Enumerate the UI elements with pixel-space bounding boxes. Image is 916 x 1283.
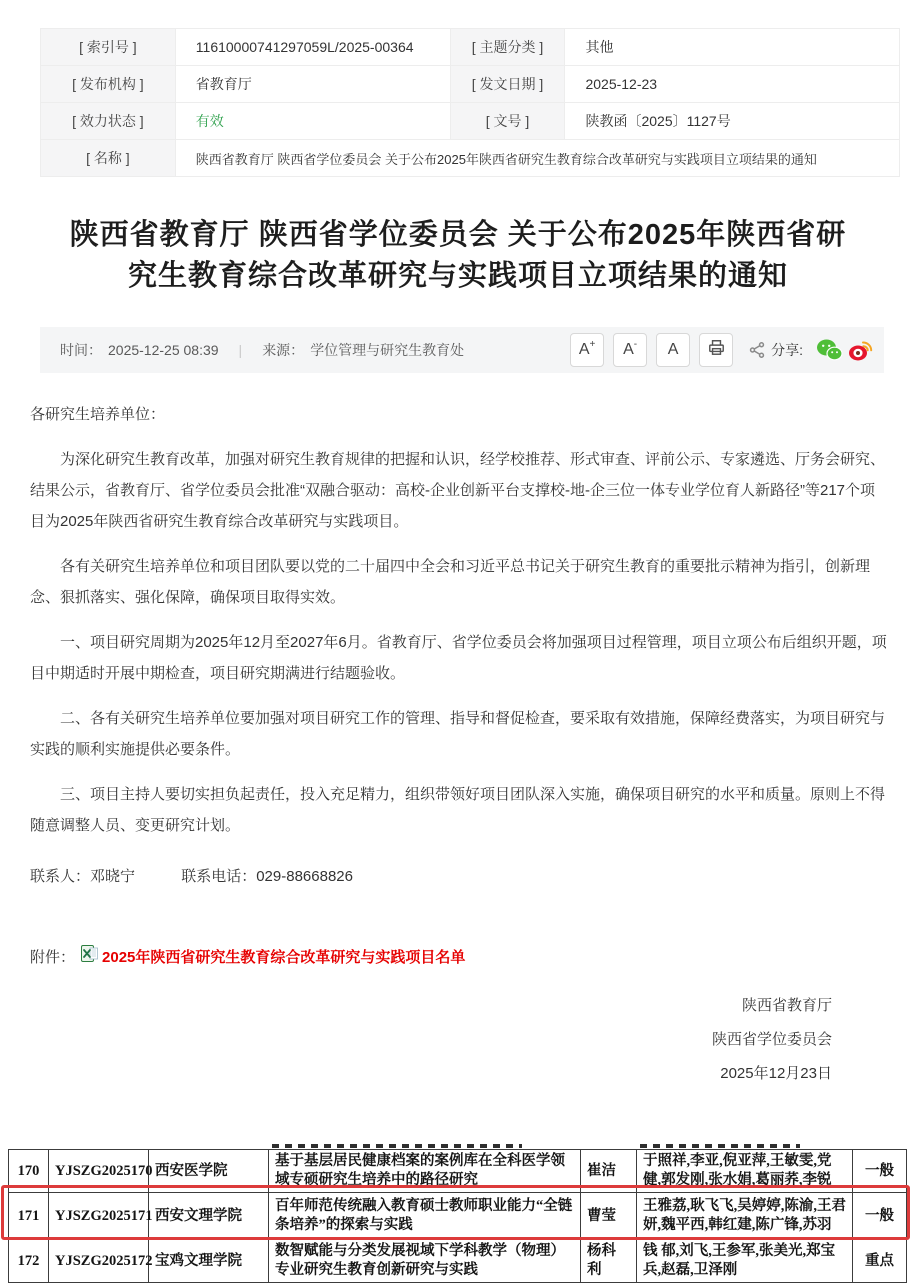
- cell-category: 一般: [853, 1150, 907, 1193]
- meta-value-issuer: 省教育厅: [175, 66, 450, 103]
- cell-members: 王雅荔,耿飞飞,吴婷婷,陈渝,王君妍,魏平西,韩红建,陈广锋,苏羽: [637, 1193, 853, 1240]
- page-title: 陕西省教育厅 陕西省学位委员会 关于公布2025年陕西省研究生教育综合改革研究与…: [58, 215, 858, 297]
- cell-unit: 西安文理学院: [149, 1193, 269, 1240]
- clipped-previous-row: [0, 1141, 916, 1149]
- cell-members: 钱 郁,刘飞,王参军,张美光,郑宝兵,赵磊,卫泽刚: [637, 1240, 853, 1283]
- meta-row: [ 效力状态 ] 有效 [ 文号 ] 陕教函〔2025〕1127号: [41, 103, 900, 140]
- meta-label-index: [ 索引号 ]: [41, 29, 176, 66]
- cell-unit: 宝鸡文理学院: [149, 1240, 269, 1283]
- cell-members: 于照祥,李亚,倪亚萍,王敏雯,党健,郭发刚,张水娟,葛丽荞,李锐: [637, 1150, 853, 1193]
- cell-leader: 曹莹: [581, 1193, 637, 1240]
- font-reset-label: A: [668, 341, 679, 359]
- divider: |: [239, 342, 243, 358]
- signature-block: 陕西省教育厅 陕西省学位委员会 2025年12月23日: [30, 989, 832, 1091]
- weibo-share-icon[interactable]: [848, 338, 874, 362]
- cell-code: YJSZG2025170: [49, 1150, 149, 1193]
- share-icon[interactable]: [748, 341, 766, 359]
- meta-label-name: [ 名称 ]: [41, 140, 176, 177]
- meta-label-topic: [ 主题分类 ]: [450, 29, 565, 66]
- meta-label-validity: [ 效力状态 ]: [41, 103, 176, 140]
- font-decrease-label: A: [623, 341, 634, 359]
- meta-value-doc-number: 陕教函〔2025〕1127号: [565, 103, 900, 140]
- cell-no: 170: [9, 1150, 49, 1193]
- meta-label-issuer: [ 发布机构 ]: [41, 66, 176, 103]
- contact-phone-label: 联系电话：: [181, 868, 256, 885]
- signature-org-2: 陕西省学位委员会: [30, 1023, 832, 1057]
- excel-file-icon: [81, 942, 98, 973]
- meta-row: [ 发布机构 ] 省教育厅 [ 发文日期 ] 2025-12-23: [41, 66, 900, 103]
- meta-value-issue-date: 2025-12-23: [565, 66, 900, 103]
- contact-phone: 029-88668826: [256, 868, 353, 885]
- article-body: 各研究生培养单位： 为深化研究生教育改革，加强对研究生教育规律的把握和认识，经学…: [30, 399, 888, 1091]
- toolbar: A+ A- A 分享:: [570, 333, 874, 367]
- contact-person: 邓晓宁: [90, 868, 135, 885]
- font-increase-button[interactable]: A+: [570, 333, 604, 367]
- meta-value-topic: 其他: [565, 29, 900, 66]
- salutation: 各研究生培养单位：: [30, 399, 888, 430]
- paragraph: 二、各有关研究生培养单位要加强对项目研究工作的管理、指导和督促检查，要采取有效措…: [30, 703, 888, 765]
- meta-label-issue-date: [ 发文日期 ]: [450, 66, 565, 103]
- attachment-label: 附件：: [30, 942, 75, 973]
- paragraph: 三、项目主持人要切实担负起责任，投入充足精力，组织带领好项目团队深入实施，确保项…: [30, 779, 888, 841]
- contact-line: 联系人：邓晓宁 联系电话：029-88668826: [30, 861, 888, 892]
- font-increase-label: A: [579, 341, 590, 359]
- attachment-link[interactable]: 2025年陕西省研究生教育综合改革研究与实践项目名单: [102, 942, 465, 973]
- paragraph: 各有关研究生培养单位和项目团队要以党的二十届四中全会和习近平总书记关于研究生教育…: [30, 551, 888, 613]
- meta-value-name: 陕西省教育厅 陕西省学位委员会 关于公布2025年陕西省研究生教育综合改革研究与…: [175, 140, 899, 177]
- cell-project: 百年师范传统融入教育硕士教师职业能力“全链条培养”的探索与实践: [269, 1193, 581, 1240]
- print-icon: [707, 338, 726, 362]
- signature-date: 2025年12月23日: [30, 1057, 832, 1091]
- cell-project: 基于基层居民健康档案的案例库在全科医学领域专硕研究生培养中的路径研究: [269, 1150, 581, 1193]
- paragraph: 一、项目研究周期为2025年12月至2027年6月。省教育厅、省学位委员会将加强…: [30, 627, 888, 689]
- source-label: 来源：: [262, 340, 304, 360]
- time-label: 时间：: [60, 340, 102, 360]
- project-list-table: 170 YJSZG2025170 西安医学院 基于基层居民健康档案的案例库在全科…: [8, 1149, 907, 1283]
- share-label: 分享:: [771, 340, 803, 360]
- cell-no: 172: [9, 1240, 49, 1283]
- meta-label-doc-number: [ 文号 ]: [450, 103, 565, 140]
- cell-code: YJSZG2025171: [49, 1193, 149, 1240]
- source-value: 学位管理与研究生教育处: [310, 340, 464, 360]
- signature-org-1: 陕西省教育厅: [30, 989, 832, 1023]
- meta-row: [ 索引号 ] 11610000741297059L/2025-00364 [ …: [41, 29, 900, 66]
- meta-value-index: 11610000741297059L/2025-00364: [175, 29, 450, 66]
- table-row-170: 170 YJSZG2025170 西安医学院 基于基层居民健康档案的案例库在全科…: [9, 1150, 907, 1193]
- publish-info: 时间： 2025-12-25 08:39 | 来源： 学位管理与研究生教育处: [60, 340, 464, 360]
- cell-code: YJSZG2025172: [49, 1240, 149, 1283]
- cell-category: 一般: [853, 1193, 907, 1240]
- wechat-share-icon[interactable]: [816, 338, 843, 362]
- paragraph: 为深化研究生教育改革，加强对研究生教育规律的把握和认识，经学校推荐、形式审查、评…: [30, 444, 888, 537]
- attachment-table-fragment: 170 YJSZG2025170 西安医学院 基于基层居民健康档案的案例库在全科…: [0, 1141, 916, 1283]
- info-bar: 时间： 2025-12-25 08:39 | 来源： 学位管理与研究生教育处 A…: [40, 327, 884, 373]
- time-value: 2025-12-25 08:39: [108, 342, 219, 358]
- cell-project: 数智赋能与分类发展视域下学科教学（物理）专业研究生教育创新研究与实践: [269, 1240, 581, 1283]
- contact-person-label: 联系人：: [30, 868, 90, 885]
- table-row-172: 172 YJSZG2025172 宝鸡文理学院 数智赋能与分类发展视域下学科教学…: [9, 1240, 907, 1283]
- cell-leader: 崔洁: [581, 1150, 637, 1193]
- font-reset-button[interactable]: A: [656, 333, 690, 367]
- cell-unit: 西安医学院: [149, 1150, 269, 1193]
- cell-no: 171: [9, 1193, 49, 1240]
- print-button[interactable]: [699, 333, 733, 367]
- attachment-line: 附件： 2025年陕西省研究生教育综合改革研究与实践项目名单: [30, 942, 888, 973]
- document-meta-table: [ 索引号 ] 11610000741297059L/2025-00364 [ …: [40, 28, 900, 177]
- cell-leader: 杨科利: [581, 1240, 637, 1283]
- table-row-171-highlighted: 171 YJSZG2025171 西安文理学院 百年师范传统融入教育硕士教师职业…: [9, 1193, 907, 1240]
- meta-row: [ 名称 ] 陕西省教育厅 陕西省学位委员会 关于公布2025年陕西省研究生教育…: [41, 140, 900, 177]
- cell-category: 重点: [853, 1240, 907, 1283]
- font-decrease-button[interactable]: A-: [613, 333, 647, 367]
- meta-value-validity: 有效: [175, 103, 450, 140]
